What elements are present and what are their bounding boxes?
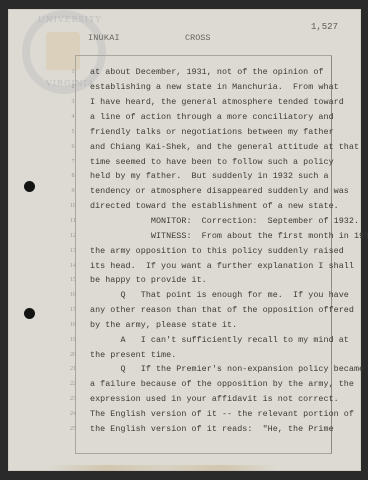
transcript-line: MONITOR: Correction: September of 1932. (90, 216, 359, 226)
examination-type-header: CROSS (185, 33, 211, 43)
line-number: 9 (63, 188, 83, 194)
line-number: 6 (63, 144, 83, 150)
document-page: UNIVERSITY VIRGINIA 1,527 INUKAI CROSS 1… (8, 9, 361, 471)
line-number: 18 (63, 322, 83, 328)
page-stain (48, 465, 278, 471)
line-number: 19 (63, 337, 83, 343)
transcript-line: the present time. (90, 350, 176, 360)
line-number: 3 (63, 99, 83, 105)
line-number: 16 (63, 292, 83, 298)
transcript-line: by the army, please state it. (90, 320, 237, 330)
line-number: 14 (63, 263, 83, 269)
line-number: 1 (63, 69, 83, 75)
transcript-line: at about December, 1931, not of the opin… (90, 67, 324, 77)
punch-hole (24, 181, 35, 192)
line-number: 15 (63, 277, 83, 283)
transcript-line: any other reason than that of the opposi… (90, 305, 354, 315)
transcript-line: be happy to provide it. (90, 275, 207, 285)
line-number: 8 (63, 173, 83, 179)
line-number: 23 (63, 396, 83, 402)
transcript-line: I have heard, the general atmosphere ten… (90, 97, 344, 107)
punch-hole (24, 308, 35, 319)
watermark-top-text: UNIVERSITY (38, 15, 102, 24)
line-number: 4 (63, 114, 83, 120)
transcript-line: The English version of it -- the relevan… (90, 409, 354, 419)
transcript-line: its head. If you want a further explanat… (90, 261, 354, 271)
transcript-line: a failure because of the opposition by t… (90, 379, 354, 389)
transcript-line: expression used in your affidavit is not… (90, 394, 339, 404)
transcript-line: tendency or atmosphere disappeared sudde… (90, 186, 349, 196)
line-number: 2 (63, 84, 83, 90)
line-number: 25 (63, 426, 83, 432)
transcript-line: time seemed to have been to follow such … (90, 157, 334, 167)
transcript-line: a line of action through a more concilia… (90, 112, 334, 122)
transcript-line: the English version of it reads: "He, th… (90, 424, 334, 434)
line-number: 22 (63, 381, 83, 387)
transcript-line: Q If the Premier's non-expansion policy … (90, 364, 364, 374)
line-number: 21 (63, 366, 83, 372)
line-number: 7 (63, 159, 83, 165)
line-number: 24 (63, 411, 83, 417)
line-number: 12 (63, 233, 83, 239)
page-number: 1,527 (311, 22, 338, 32)
line-number: 5 (63, 129, 83, 135)
line-number: 13 (63, 248, 83, 254)
transcript-line: and Chiang Kai-Shek, and the general att… (90, 142, 359, 152)
transcript-line: friendly talks or negotiations between m… (90, 127, 334, 137)
transcript-line: WITNESS: From about the first month in 1… (90, 231, 368, 241)
line-number: 11 (63, 218, 83, 224)
transcript-line: establishing a new state in Manchuria. F… (90, 82, 339, 92)
witness-name-header: INUKAI (88, 33, 120, 43)
transcript-line: the army opposition to this policy sudde… (90, 246, 344, 256)
transcript-line: directed toward the establishment of a n… (90, 201, 339, 211)
line-number: 17 (63, 307, 83, 313)
transcript-line: Q That point is enough for me. If you ha… (90, 290, 349, 300)
transcript-line: A I can't sufficiently recall to my mind… (90, 335, 349, 345)
line-number: 10 (63, 203, 83, 209)
transcript-line: held by my father. But suddenly in 1932 … (90, 171, 329, 181)
line-number: 20 (63, 352, 83, 358)
